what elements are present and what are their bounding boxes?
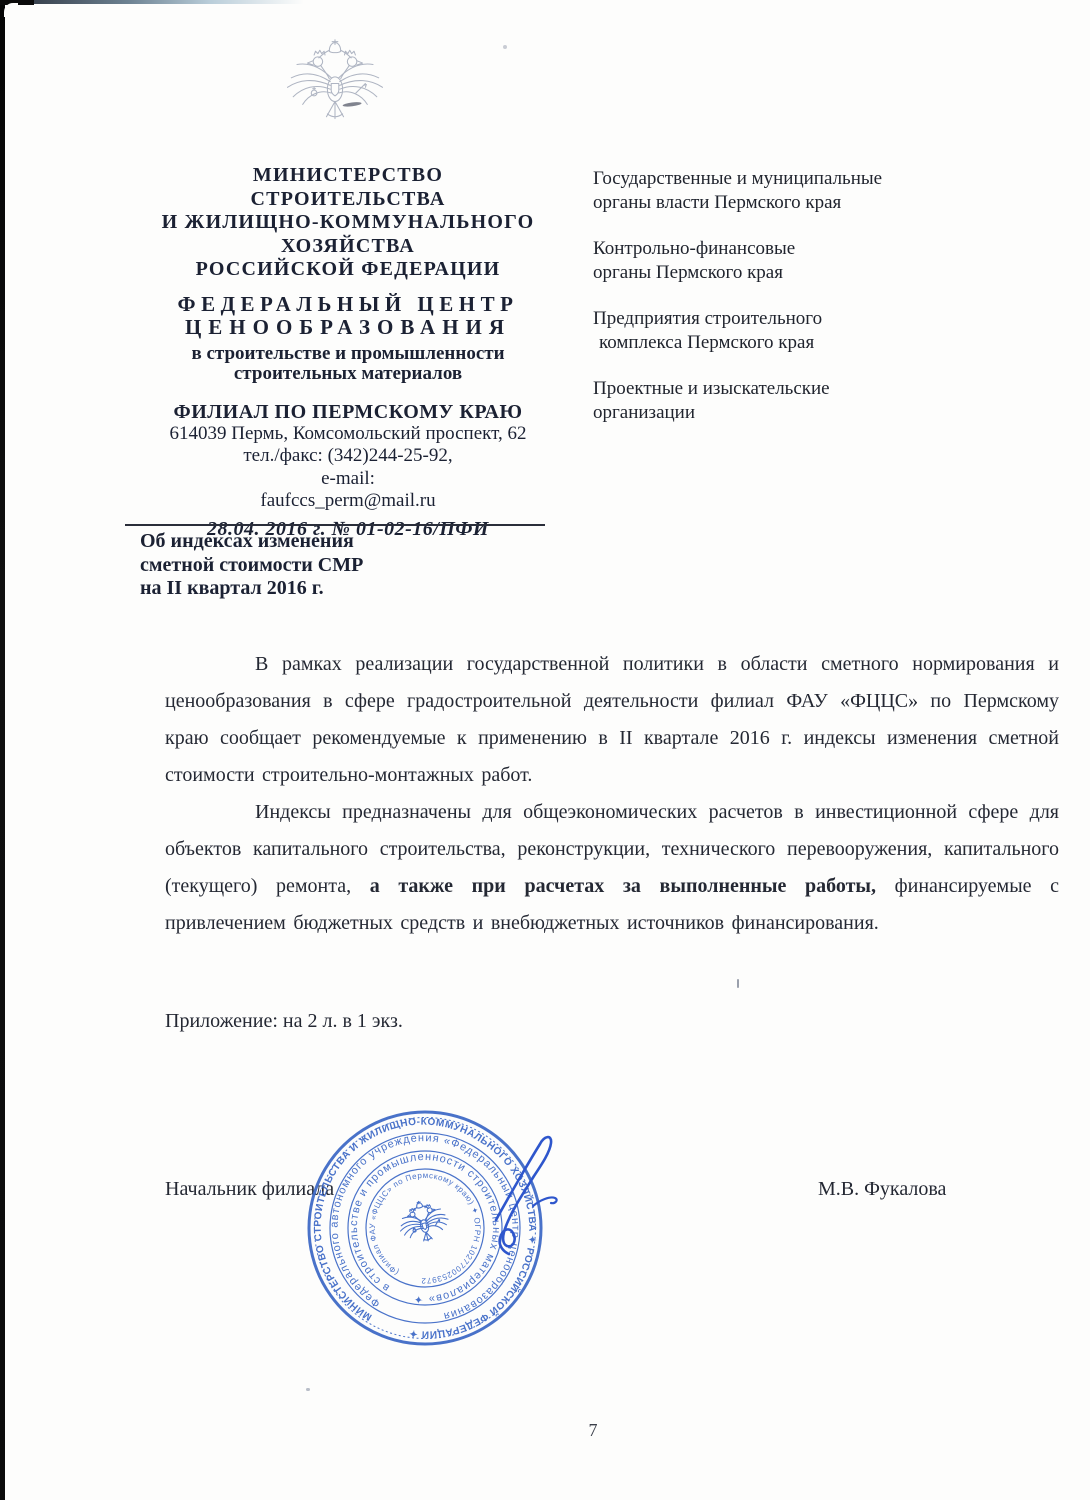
org-name-line: ФЕДЕРАЛЬНЫЙ ЦЕНТР: [115, 293, 581, 316]
recipient-line: Проектные и изыскательские: [593, 377, 938, 401]
scan-corner: [4, 3, 18, 17]
letterhead: МИНИСТЕРСТВО СТРОИТЕЛЬСТВА И ЖИЛИЩНО-КОМ…: [115, 164, 581, 541]
recipient: Проектные и изыскательские организации: [593, 377, 938, 425]
paragraph2-bold: а также при расчетах за выполненные рабо…: [370, 875, 876, 897]
subject-line: сметной стоимости СМР: [140, 554, 460, 578]
ministry-line: МИНИСТЕРСТВО: [115, 164, 581, 188]
signatory-name: М.В. Фукалова: [818, 1178, 946, 1201]
org-name-line: ЦЕНООБРАЗОВАНИЯ: [115, 316, 581, 339]
recipient: Государственные и муниципальные органы в…: [593, 167, 938, 215]
subject-block: Об индексах изменения сметной стоимости …: [140, 530, 460, 601]
recipient: Контрольно-финансовые органы Пермского к…: [593, 237, 938, 285]
page-number: 7: [553, 1420, 633, 1441]
org-subtitle: строительных материалов: [115, 364, 581, 385]
subject-line: Об индексах изменения: [140, 530, 460, 554]
scan-edge-left: [0, 0, 5, 1500]
email-address: faufccs_perm@mail.ru: [115, 490, 581, 513]
recipient-line: Контрольно-финансовые: [593, 237, 938, 261]
email-label: e-mail:: [115, 468, 581, 491]
attachment-note: Приложение: на 2 л. в 1 экз.: [165, 1010, 403, 1033]
branch-address: 614039 Пермь, Комсомольский проспект, 62: [115, 423, 581, 446]
date-underline: [125, 524, 545, 526]
branch-name: ФИЛИАЛ ПО ПЕРМСКОМУ КРАЮ: [115, 401, 581, 423]
ministry-line: ХОЗЯЙСТВА: [115, 235, 581, 259]
ministry-line: РОССИЙСКОЙ ФЕДЕРАЦИИ: [115, 258, 581, 282]
scan-edge-top-fade: [34, 0, 304, 4]
recipient-line: Государственные и муниципальные: [593, 167, 938, 191]
recipient-line: Предприятия строительного: [593, 307, 938, 331]
body-paragraph-2: Индексы предназначены для общеэкономичес…: [165, 794, 1059, 942]
branch-phone: тел./факс: (342)244-25-92,: [115, 445, 581, 468]
scan-speck: [503, 45, 507, 49]
letter-body: В рамках реализации государственной поли…: [165, 646, 1059, 942]
org-subtitle: в строительстве и промышленности: [115, 344, 581, 365]
recipient-line: комплекса Пермского края: [593, 331, 938, 355]
ministry-line: И ЖИЛИЩНО-КОММУНАЛЬНОГО: [115, 211, 581, 235]
recipient: Предприятия строительного комплекса Перм…: [593, 307, 938, 355]
recipient-line: организации: [593, 401, 938, 425]
scan-speck: [306, 1388, 310, 1391]
ministry-line: СТРОИТЕЛЬСТВА: [115, 188, 581, 212]
recipient-line: органы Пермского края: [593, 261, 938, 285]
handwritten-signature: [480, 1130, 570, 1265]
stamp-eagle-icon: [395, 1195, 452, 1246]
recipients-list: Государственные и муниципальные органы в…: [593, 167, 938, 447]
coat-of-arms-icon: [278, 36, 392, 150]
scan-speck: [737, 979, 739, 988]
recipient-line: органы власти Пермского края: [593, 191, 938, 215]
subject-line: на II квартал 2016 г.: [140, 577, 460, 601]
body-paragraph-1: В рамках реализации государственной поли…: [165, 646, 1059, 794]
